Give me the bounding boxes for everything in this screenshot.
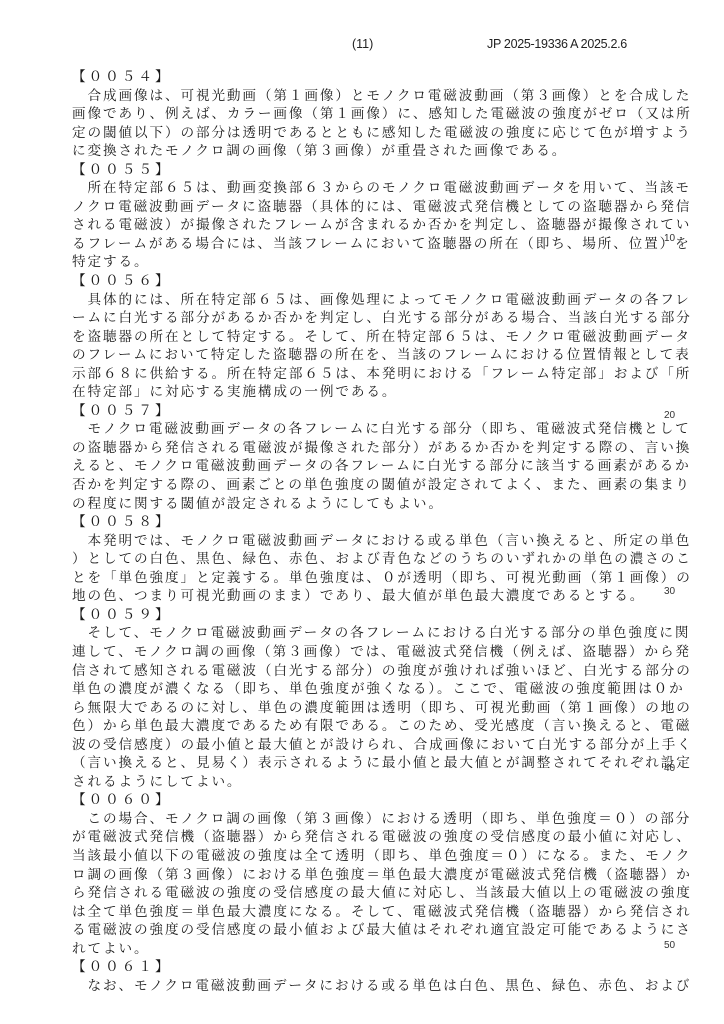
text-line: 信されて感知される電磁波（白光する部分）の強度が強ければ強いほど、白光する部分の	[72, 662, 640, 681]
text-line: るフレームがある場合には、当該フレームにおいて盗聴器の所在（即ち、場所、位置）を	[72, 235, 640, 254]
text-line: が電磁波式発信機（盗聴器）から発信される電磁波の強度の受信感度の最小値に対応し、	[72, 828, 640, 847]
paragraph-number: 【００５４】	[72, 68, 640, 87]
paragraph-number: 【００６１】	[72, 958, 640, 977]
text-line: ームに白光する部分があるか否かを判定し、白光する部分がある場合、当該白光する部分	[72, 309, 640, 328]
page-number: (11)	[352, 37, 373, 51]
margin-line-number: 50	[664, 940, 675, 951]
text-line: そして、モノクロ電磁波動画データの各フレームにおける白光する部分の単色強度に関	[72, 624, 640, 643]
text-line: の程度に関する閾値が設定されるようにしてもよい。	[72, 495, 640, 514]
text-line: る電磁波の強度の受信感度の最小値および最大値はそれぞれ適宜設定可能であるようにさ	[72, 921, 640, 940]
text-line: を盗聴器の所在として特定する。そして、所在特定部６５は、モノクロ電磁波動画データ	[72, 328, 640, 347]
text-line: 連して、モノクロ調の画像（第３画像）では、電磁波式発信機（例えば、盗聴器）から発	[72, 643, 640, 662]
text-line: されるようにしてよい。	[72, 773, 640, 792]
text-line: 本発明では、モノクロ電磁波動画データにおける或る単色（言い換えると、所定の単色	[72, 532, 640, 551]
paragraph-number: 【００５６】	[72, 272, 640, 291]
margin-line-number: 20	[664, 410, 675, 421]
text-line: 当該最小値以下の電磁波の強度は全て透明（即ち、単色強度＝０）になる。また、モノク	[72, 847, 640, 866]
text-line: 示部６８に供給する。所在特定部６５は、本発明における「フレーム特定部」および「所	[72, 365, 640, 384]
text-line: に変換されたモノクロ調の画像（第３画像）が重畳された画像である。	[72, 142, 640, 161]
text-line: 在特定部」に対応する実施構成の一例である。	[72, 383, 640, 402]
text-line: は全て単色強度＝単色最大濃度になる。そして、電磁波式発信機（盗聴器）から発信され	[72, 903, 640, 922]
paragraph-number: 【００５５】	[72, 161, 640, 180]
text-line: れてよい。	[72, 940, 640, 959]
paragraph-number: 【００６０】	[72, 791, 640, 810]
document-body: 【００５４】 合成画像は、可視光動画（第１画像）とモノクロ電磁波動画（第３画像）…	[72, 68, 640, 995]
text-line: 否かを判定する際の、画素ごとの単色強度の閾値が設定されてよく、また、画素の集まり	[72, 476, 640, 495]
text-line: 具体的には、所在特定部６５は、画像処理によってモノクロ電磁波動画データの各フレ	[72, 291, 640, 310]
paragraph-number: 【００５７】	[72, 402, 640, 421]
text-line: とを「単色強度」と定義する。単色強度は、０が透明（即ち、可視光動画（第１画像）の	[72, 569, 640, 588]
text-line: の盗聴器から発信される電磁波が撮像された部分）があるか否かを判定する際の、言い換	[72, 439, 640, 458]
text-line: ノクロ電磁波動画データに盗聴器（具体的には、電磁波式発信機としての盗聴器から発信	[72, 198, 640, 217]
text-line: （言い換えると、見易く）表示されるように最小値と最大値とが調整されてそれぞれ設定	[72, 754, 640, 773]
text-line: 特定する。	[72, 253, 640, 272]
text-line: ロ調の画像（第３画像）における単色強度＝単色最大濃度が電磁波式発信機（盗聴器）か	[72, 866, 640, 885]
text-line: 所在特定部６５は、動画変換部６３からのモノクロ電磁波動画データを用いて、当該モ	[72, 179, 640, 198]
publication-id: JP 2025-19336 A 2025.2.6	[487, 37, 627, 51]
margin-line-number: 30	[664, 586, 675, 597]
text-line: のフレームにおいて特定した盗聴器の所在を、当該のフレームにおける位置情報として表	[72, 346, 640, 365]
text-line: 合成画像は、可視光動画（第１画像）とモノクロ電磁波動画（第３画像）とを合成した	[72, 87, 640, 106]
margin-line-number: 10	[664, 233, 675, 244]
text-line: なお、モノクロ電磁波動画データにおける或る単色は白色、黒色、緑色、赤色、および	[72, 977, 640, 996]
text-line: ）としての白色、黒色、緑色、赤色、および青色などのうちのいずれかの単色の濃さのこ	[72, 550, 640, 569]
text-line: えると、モノクロ電磁波動画データの各フレームに白光する部分に該当する画素があるか	[72, 457, 640, 476]
paragraph-number: 【００５８】	[72, 513, 640, 532]
text-line: される電磁波）が撮像されたフレームが含まれるか否かを判定し、盗聴器が撮像されてい	[72, 216, 640, 235]
text-line: 波の受信感度）の最小値と最大値とが設けられ、合成画像において白光する部分が上手く	[72, 736, 640, 755]
text-line: ら発信される電磁波の強度の受信感度の最大値に対応し、当該最大値以上の電磁波の強度	[72, 884, 640, 903]
page-header: (11) JP 2025-19336 A 2025.2.6	[0, 37, 724, 57]
text-line: 色）から単色最大濃度であるため有限である。このため、受光感度（言い換えると、電磁	[72, 717, 640, 736]
text-line: モノクロ電磁波動画データの各フレームに白光する部分（即ち、電磁波式発信機として	[72, 420, 640, 439]
paragraph-number: 【００５９】	[72, 606, 640, 625]
text-line: この場合、モノクロ調の画像（第３画像）における透明（即ち、単色強度＝０）の部分	[72, 810, 640, 829]
margin-line-number: 40	[664, 763, 675, 774]
text-line: 定の閾値以下）の部分は透明であるとともに感知した電磁波の強度に応じて色が増すよう	[72, 124, 640, 143]
text-line: ら無限大であるのに対し、単色の濃度範囲は透明（即ち、可視光動画（第１画像）の地の	[72, 699, 640, 718]
text-line: 地の色、つまり可視光動画のまま）であり、最大値が単色最大濃度であるとする。	[72, 587, 640, 606]
text-line: 単色の濃度が濃くなる（即ち、単色強度が強くなる）。ここで、電磁波の強度範囲は０か	[72, 680, 640, 699]
text-line: 画像であり、例えば、カラー画像（第１画像）に、感知した電磁波の強度がゼロ（又は所	[72, 105, 640, 124]
